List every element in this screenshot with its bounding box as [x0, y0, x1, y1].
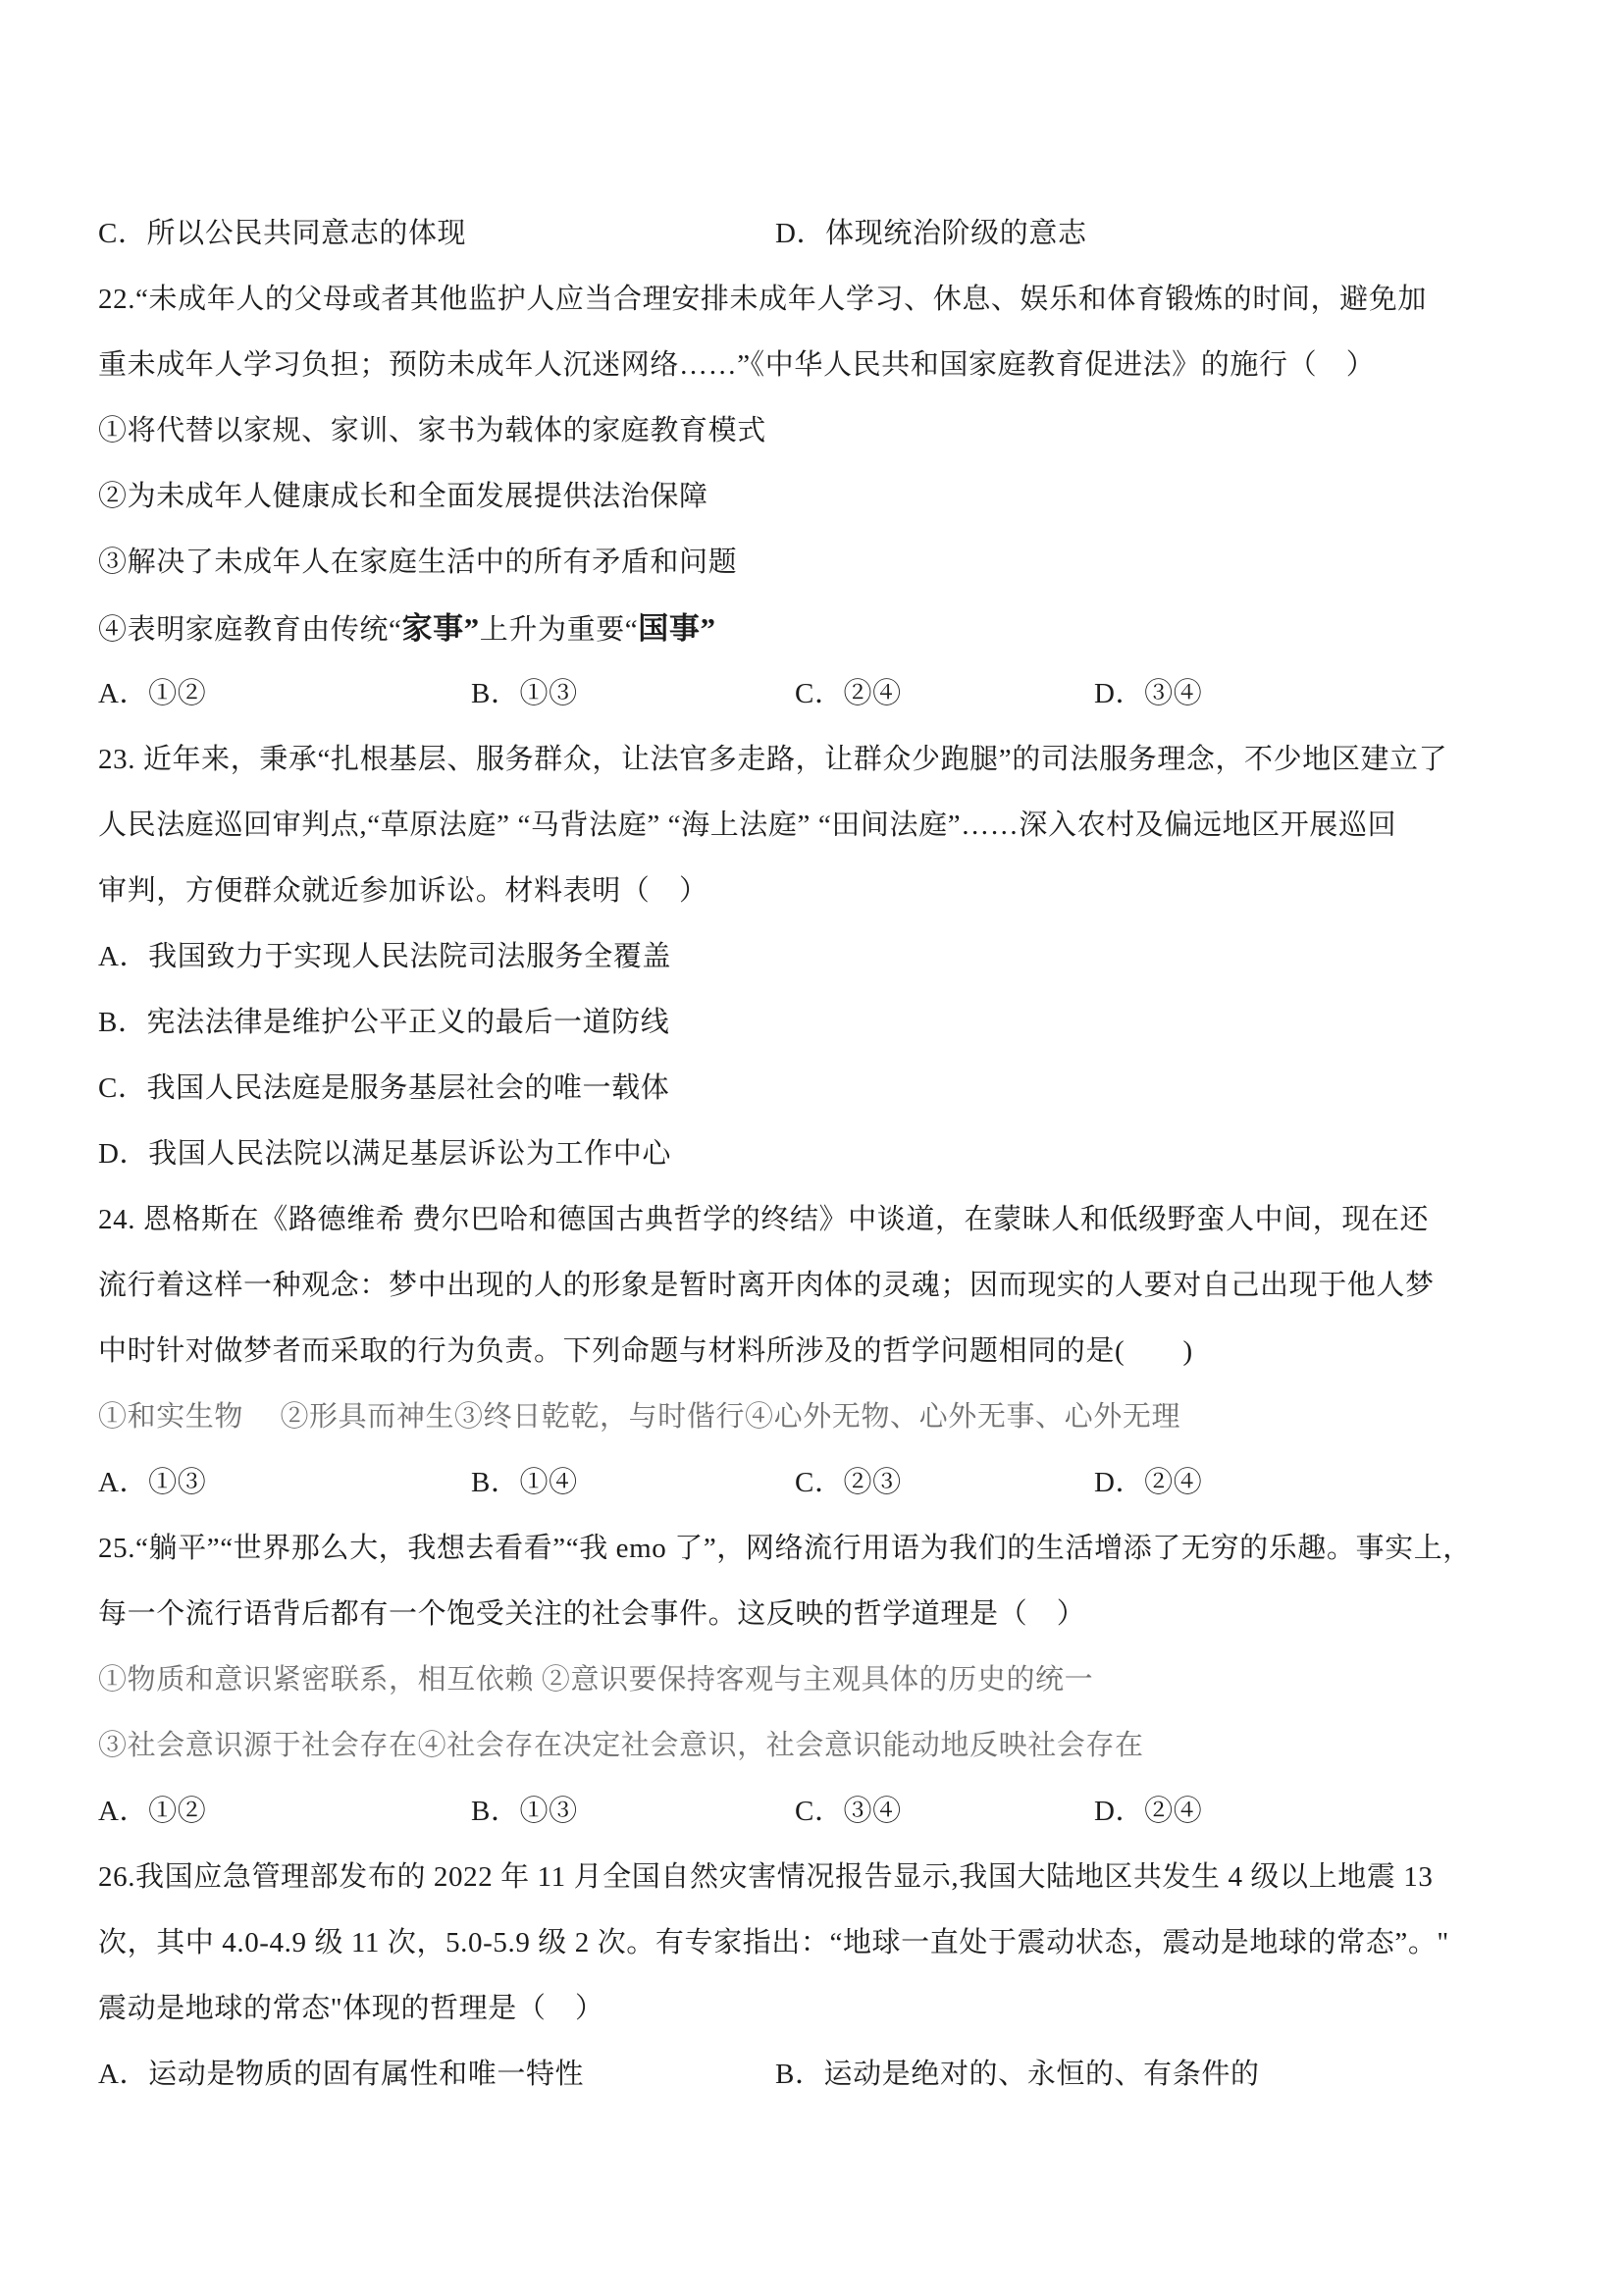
q25-option-b: B．①③: [471, 1779, 795, 1845]
q23-stem-line-1: 23. 近年来，秉承“扎根基层、服务群众，让法官多走路，让群众少跑腿”的司法服务…: [98, 727, 1515, 793]
q26-option-b: B．运动是绝对的、永恒的、有条件的: [775, 2042, 1515, 2108]
q25-item-line-2: ③社会意识源于社会存在④社会存在决定社会意识，社会意识能动地反映社会存在: [98, 1713, 1515, 1779]
q21-option-d: D．体现统治阶级的意志: [775, 201, 1515, 267]
q23-option-d: D．我国人民法院以满足基层诉讼为工作中心: [98, 1122, 1515, 1187]
q23-option-c: C．我国人民法庭是服务基层社会的唯一载体: [98, 1056, 1515, 1122]
q22-item-4-bold-guoshi: 国事”: [638, 611, 715, 646]
q22-stem-line-1: 22.“未成年人的父母或者其他监护人应当合理安排未成年人学习、休息、娱乐和体育锻…: [98, 267, 1515, 333]
q22-option-d: D．③④: [1094, 661, 1515, 727]
q24-options-row: A．①③ B．①④ C．②③ D．②④: [98, 1450, 1515, 1516]
q24-stem-line-2: 流行着这样一种观念：梦中出现的人的形象是暂时离开肉体的灵魂；因而现实的人要对自己…: [98, 1253, 1515, 1319]
q25-options-row: A．①② B．①③ C．③④ D．②④: [98, 1779, 1515, 1845]
q24-option-a: A．①③: [98, 1450, 471, 1516]
q26-stem-line-3: 震动是地球的常态"体现的哲理是（ ）: [98, 1976, 1515, 2042]
q23-stem-line-3: 审判，方便群众就近参加诉讼。材料表明（ ）: [98, 859, 1515, 924]
q25-option-c: C．③④: [795, 1779, 1094, 1845]
document-page: C．所以公民共同意志的体现 D．体现统治阶级的意志 22.“未成年人的父母或者其…: [0, 0, 1623, 2296]
q25-option-a: A．①②: [98, 1779, 471, 1845]
q21-options-row: C．所以公民共同意志的体现 D．体现统治阶级的意志: [98, 201, 1515, 267]
q22-option-a: A．①②: [98, 661, 471, 727]
q24-option-c: C．②③: [795, 1450, 1094, 1516]
q25-option-d: D．②④: [1094, 1779, 1515, 1845]
q24-stem-line-3: 中时针对做梦者而采取的行为负责。下列命题与材料所涉及的哲学问题相同的是( ): [98, 1319, 1515, 1384]
q22-item-4-mid: 上升为重要“: [480, 614, 638, 646]
q22-item-4-bold-jiashi: 家事”: [401, 611, 479, 646]
q23-stem-line-2: 人民法庭巡回审判点,“草原法庭” “马背法庭” “海上法庭” “田间法庭”……深…: [98, 793, 1515, 859]
q22-options-row: A．①② B．①③ C．②④ D．③④: [98, 661, 1515, 727]
q22-option-b: B．①③: [471, 661, 795, 727]
q22-item-3: ③解决了未成年人在家庭生活中的所有矛盾和问题: [98, 530, 1515, 596]
q23-option-a: A．我国致力于实现人民法院司法服务全覆盖: [98, 924, 1515, 990]
q24-items-line: ①和实生物 ②形具而神生③终日乾乾，与时偕行④心外无物、心外无事、心外无理: [98, 1384, 1515, 1450]
q26-stem-line-1: 26.我国应急管理部发布的 2022 年 11 月全国自然灾害情况报告显示,我国…: [98, 1845, 1515, 1910]
q22-item-2: ②为未成年人健康成长和全面发展提供法治保障: [98, 464, 1515, 530]
q24-option-d: D．②④: [1094, 1450, 1515, 1516]
q22-item-4: ④表明家庭教育由传统“家事”上升为重要“国事”: [98, 596, 1515, 661]
q24-stem-line-1: 24. 恩格斯在《路德维希 费尔巴哈和德国古典哲学的终结》中谈道，在蒙昧人和低级…: [98, 1187, 1515, 1253]
q22-option-c: C．②④: [795, 661, 1094, 727]
q21-option-c: C．所以公民共同意志的体现: [98, 201, 775, 267]
q24-option-b: B．①④: [471, 1450, 795, 1516]
q23-option-b: B．宪法法律是维护公平正义的最后一道防线: [98, 990, 1515, 1056]
q26-options-row: A．运动是物质的固有属性和唯一特性 B．运动是绝对的、永恒的、有条件的: [98, 2042, 1515, 2108]
q26-stem-line-2: 次，其中 4.0-4.9 级 11 次，5.0-5.9 级 2 次。有专家指出：…: [98, 1910, 1515, 1976]
q25-item-line-1: ①物质和意识紧密联系，相互依赖 ②意识要保持客观与主观具体的历史的统一: [98, 1647, 1515, 1713]
q25-stem-line-2: 每一个流行语背后都有一个饱受关注的社会事件。这反映的哲学道理是（ ）: [98, 1582, 1515, 1647]
q22-item-4-text: ④表明家庭教育由传统“: [98, 614, 401, 646]
q22-item-1: ①将代替以家规、家训、家书为载体的家庭教育模式: [98, 398, 1515, 464]
q22-stem-line-2: 重未成年人学习负担；预防未成年人沉迷网络……”《中华人民共和国家庭教育促进法》的…: [98, 333, 1515, 398]
q26-option-a: A．运动是物质的固有属性和唯一特性: [98, 2042, 775, 2108]
q25-stem-line-1: 25.“躺平”“世界那么大，我想去看看”“我 emo 了”，网络流行用语为我们的…: [98, 1516, 1515, 1582]
